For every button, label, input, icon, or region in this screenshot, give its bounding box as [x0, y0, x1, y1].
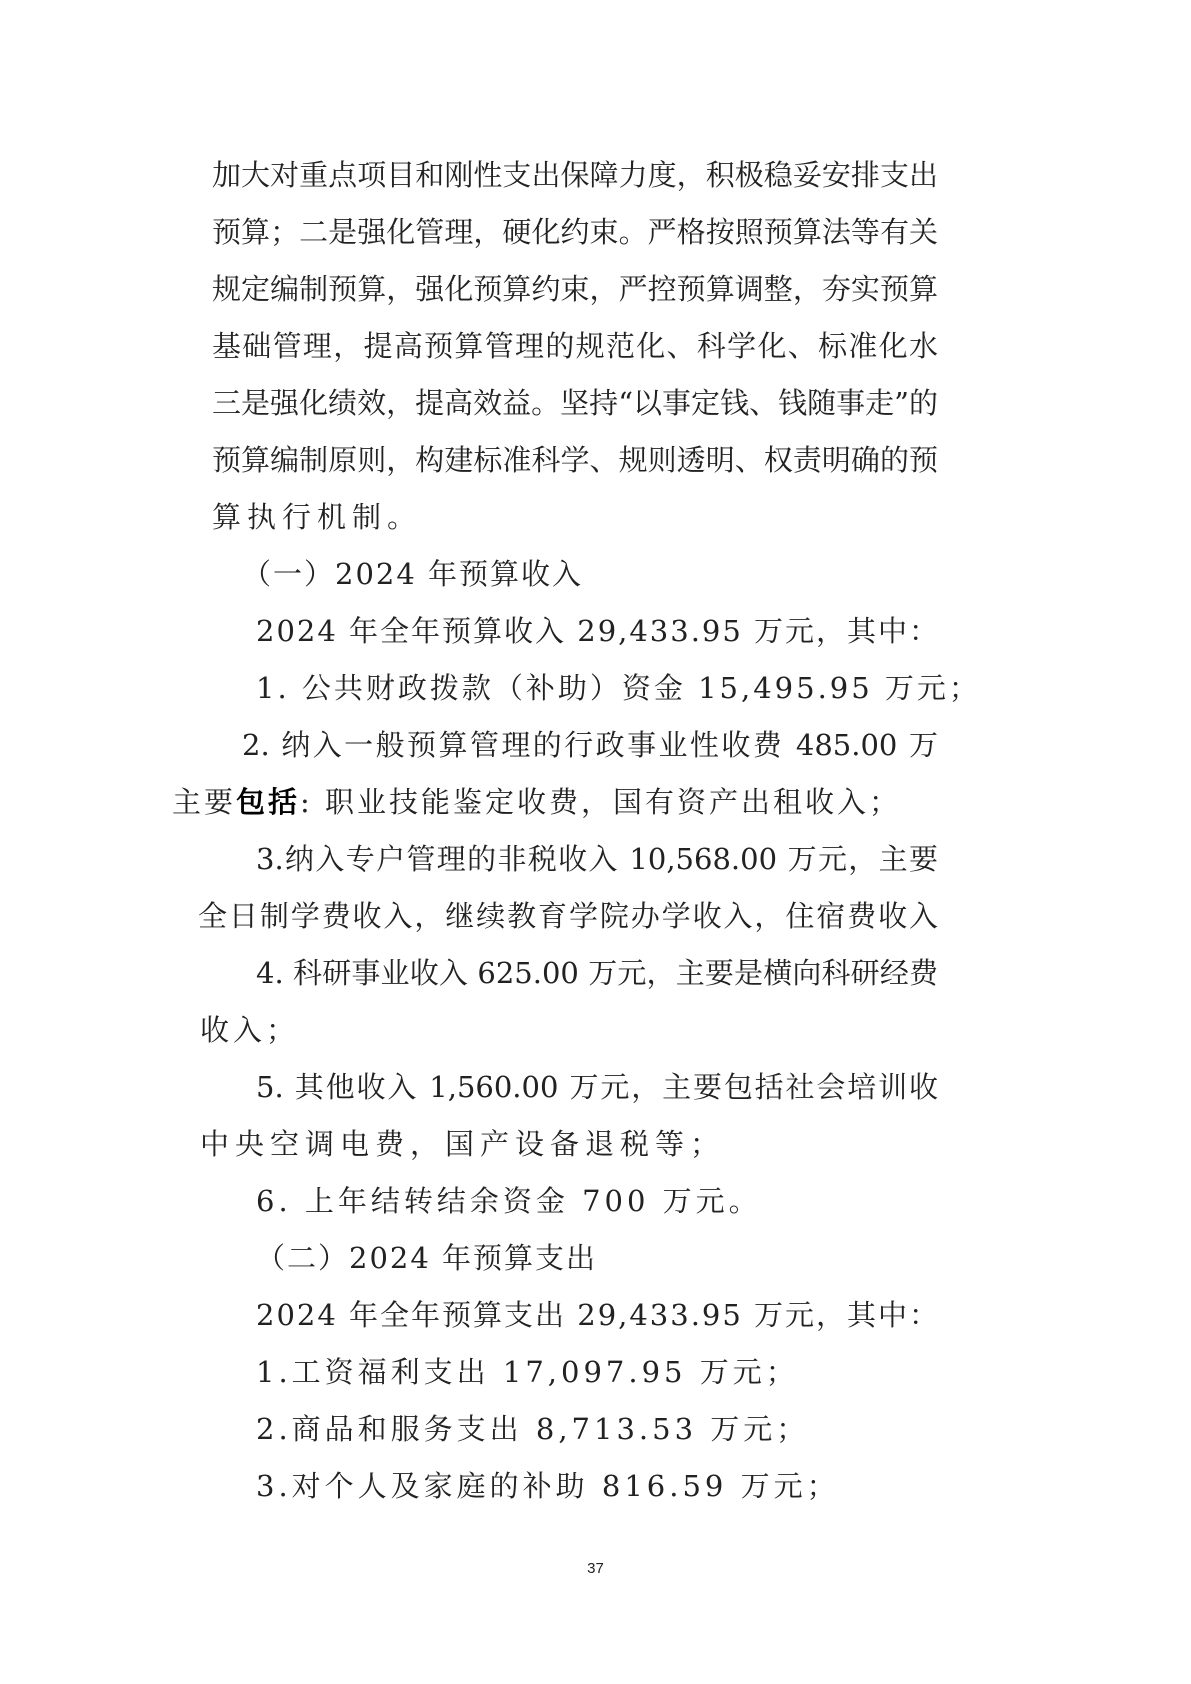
expense-section-heading: （二）2024 年预算支出	[256, 1238, 597, 1278]
expense-item-1: 1.工资福利支出 17,097.95 万元；	[256, 1352, 799, 1392]
income-item-4-line-1: 4. 科研事业收入 625.00 万元，主要是横向科研经费	[256, 953, 938, 993]
income-item-3-line-2: 全日制学费收入，继续教育学院办学收入，住宿费收入等；	[198, 896, 938, 936]
income-item-2-line-1: 2. 纳入一般预算管理的行政事业性收费 485.00 万元，	[242, 725, 938, 765]
intro-line-4: 基础管理，提高预算管理的规范化、科学化、标准化水平；	[212, 326, 938, 366]
intro-line-3: 规定编制预算，强化预算约束，严控预算调整，夯实预算	[212, 269, 938, 309]
income-item-2-prefix: 主要	[172, 785, 236, 819]
income-item-5-line-1: 5. 其他收入 1,560.00 万元，主要包括社会培训收入，	[256, 1067, 938, 1107]
expense-summary: 2024 年全年预算支出 29,433.95 万元，其中：	[256, 1295, 940, 1335]
income-section-heading: （一）2024 年预算收入	[242, 554, 583, 594]
income-item-4-line-2: 收入；	[200, 1010, 299, 1050]
intro-line-5: 三是强化绩效，提高效益。坚持“以事定钱、钱随事走”的	[212, 383, 938, 423]
income-item-2-rest: : 职业技能鉴定收费，国有资产出租收入；	[300, 785, 901, 819]
expense-item-2: 2.商品和服务支出 8,713.53 万元；	[256, 1409, 809, 1449]
income-item-3-line-1: 3.纳入专户管理的非税收入 10,568.00 万元，主要包括	[256, 839, 938, 879]
intro-line-1: 加大对重点项目和刚性支出保障力度，积极稳妥安排支出	[212, 155, 938, 195]
intro-line-7: 算执行机制。	[212, 497, 422, 537]
income-summary: 2024 年全年预算收入 29,433.95 万元，其中：	[256, 611, 940, 651]
income-item-6: 6. 上年结转结余资金 700 万元。	[256, 1181, 762, 1221]
income-item-2-line-2: 主要包括: 职业技能鉴定收费，国有资产出租收入；	[172, 782, 901, 822]
document-page: 加大对重点项目和刚性支出保障力度，积极稳妥安排支出 预算；二是强化管理，硬化约束…	[0, 0, 1191, 1684]
page-number: 37	[0, 1560, 1191, 1577]
income-item-1: 1. 公共财政拨款（补助）资金 15,495.95 万元；	[256, 668, 981, 708]
intro-line-6: 预算编制原则，构建标准科学、规则透明、权责明确的预	[212, 440, 938, 480]
expense-item-3: 3.对个人及家庭的补助 816.59 万元；	[256, 1466, 840, 1506]
income-item-5-line-2: 中央空调电费，国产设备退税等；	[200, 1124, 725, 1164]
income-item-2-bold-keyword: 包括	[236, 785, 300, 819]
intro-line-2: 预算；二是强化管理，硬化约束。严格按照预算法等有关	[212, 212, 938, 252]
